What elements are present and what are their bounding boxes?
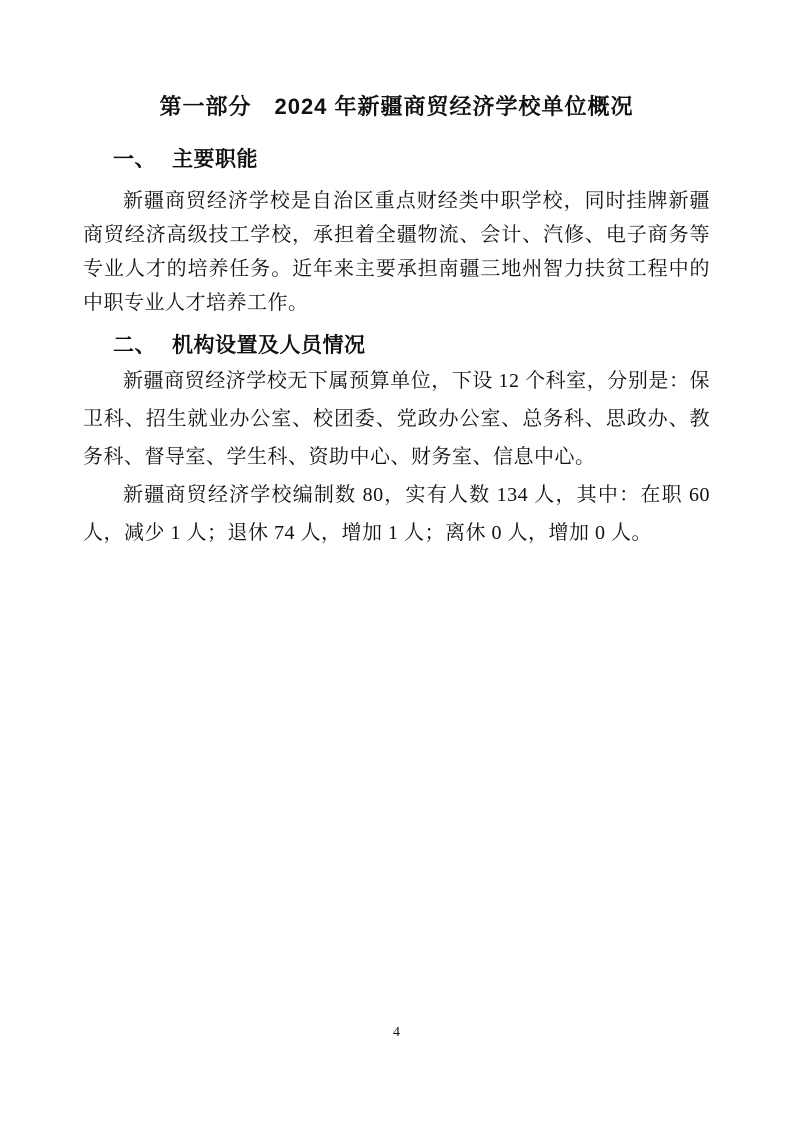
page-title: 第一部分 2024 年新疆商贸经济学校单位概况 — [83, 92, 710, 122]
section-heading-label: 主要职能 — [172, 148, 258, 171]
page-number: 4 — [0, 1024, 793, 1042]
document-page: 第一部分 2024 年新疆商贸经济学校单位概况 一、主要职能 新疆商贸经济学校是… — [0, 0, 793, 1122]
section-heading-label: 机构设置及人员情况 — [172, 334, 366, 357]
paragraph-departments: 新疆商贸经济学校无下属预算单位，下设 12 个科室，分别是：保卫科、招生就业办公… — [83, 362, 710, 476]
paragraph-staff-counts: 新疆商贸经济学校编制数 80，实有人数 134 人，其中：在职 60 人，减少 … — [83, 476, 710, 552]
paragraph-main-functions: 新疆商贸经济学校是自治区重点财经类中职学校，同时挂牌新疆商贸经济高级技工学校，承… — [83, 184, 710, 320]
section-heading-number: 一、 — [113, 148, 156, 171]
section-heading-main-functions: 一、主要职能 — [113, 148, 710, 172]
section-heading-org-staffing: 二、机构设置及人员情况 — [113, 334, 710, 358]
section-heading-number: 二、 — [113, 334, 156, 357]
